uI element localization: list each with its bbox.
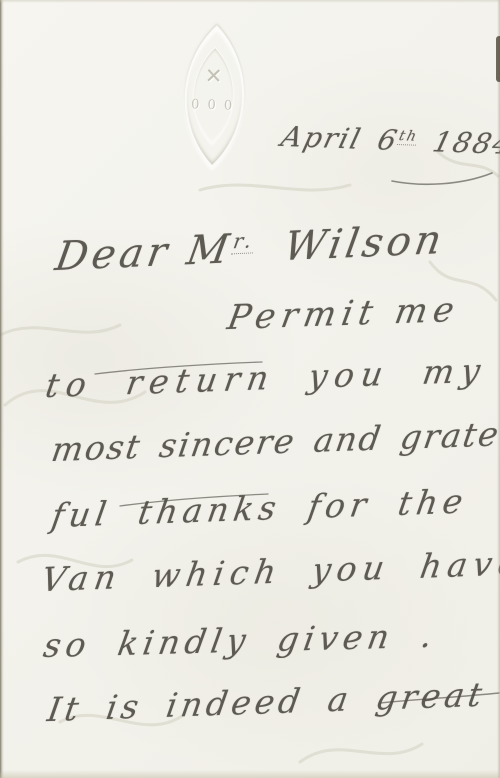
letter-line-ful-thanks: ful thanks for the: [49, 481, 471, 535]
letter-line-van-which: Van which you have: [39, 543, 500, 599]
date-year: 1884: [430, 125, 500, 161]
date-line: April 6th 1884: [278, 120, 500, 161]
date-month-day: April 6: [278, 120, 402, 157]
seal-cross-icon: ✕: [148, 62, 279, 91]
letter-line-to-return: to return you my: [43, 350, 490, 405]
paper-edge-left: [0, 0, 4, 778]
salutation-prefix: Dear M: [52, 226, 236, 280]
letter-page: ✕ 0 0 0 April 6th 1884 Dear Mr. Wilson P…: [0, 0, 500, 778]
letter-line-most-sincere: most sincere and grate-: [49, 414, 500, 469]
letter-line-permit-me: Permit me: [224, 290, 463, 338]
embossed-seal: ✕ 0 0 0: [146, 22, 281, 168]
seal-numbers: 0 0 0: [147, 96, 277, 116]
scan-dark-sliver: [496, 36, 500, 82]
paper-edge-bottom: [0, 770, 500, 778]
letter-line-it-is-indeed: It is indeed a great: [45, 675, 489, 730]
recipient-name: Wilson: [281, 217, 449, 270]
seal-inner-ring: [165, 47, 263, 145]
salutation-superscript: r.: [231, 228, 257, 254]
date-ordinal: th: [397, 128, 420, 146]
salutation-line: Dear Mr. Wilson: [52, 217, 449, 280]
paper-edge-top: [0, 0, 500, 3]
letter-line-so-kindly: so kindly given .: [41, 616, 440, 665]
